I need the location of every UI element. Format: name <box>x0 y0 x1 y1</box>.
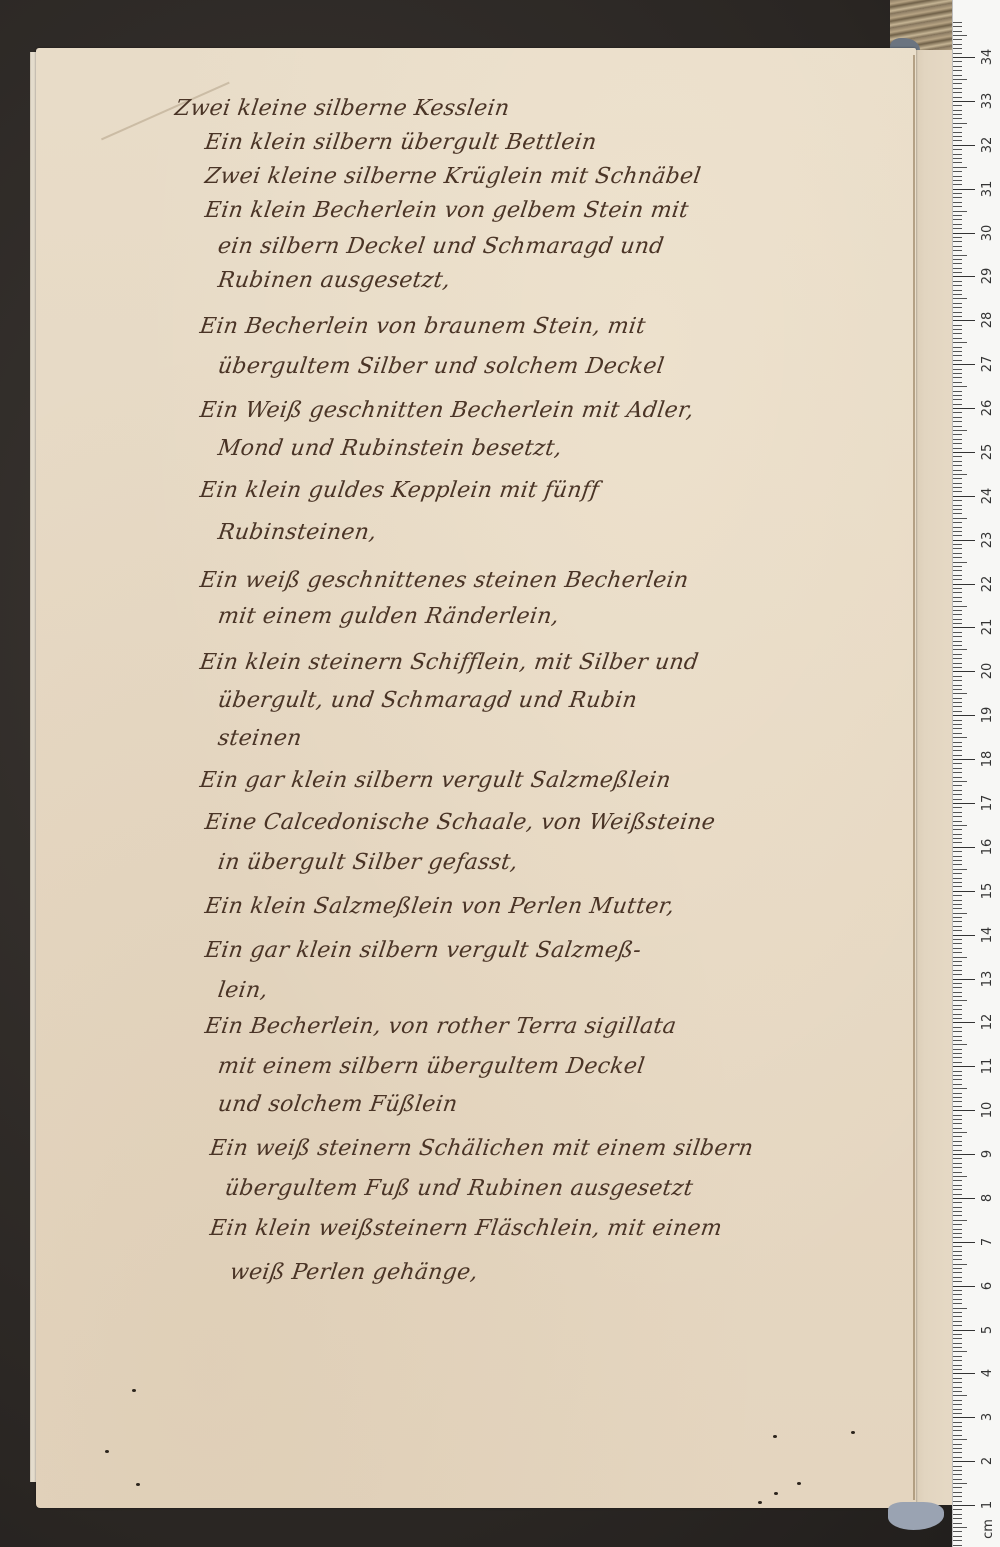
ruler-tick <box>953 509 962 510</box>
ruler-tick <box>953 1136 962 1137</box>
ruler-tick <box>953 140 962 141</box>
manuscript-line: Ein gar klein silbern vergult Salzmeß- <box>203 938 643 963</box>
manuscript-line: ein silbern Deckel und Schmaragd und <box>216 234 665 259</box>
ruler-tick <box>953 943 962 944</box>
ruler-tick <box>953 592 962 593</box>
ruler-tick <box>953 1198 975 1199</box>
ruler-number: 32 <box>977 134 999 156</box>
ruler-tick <box>953 228 962 229</box>
ruler-number: 17 <box>977 792 999 814</box>
ruler-tick <box>953 39 962 40</box>
manuscript-line: Ein klein Salzmeßlein von Perlen Mutter, <box>203 894 676 919</box>
ruler-tick <box>953 698 962 699</box>
ruler-number: 33 <box>977 90 999 112</box>
ruler-tick <box>953 847 975 848</box>
ruler-tick <box>953 570 962 571</box>
ruler-tick <box>953 1321 962 1322</box>
ruler-tick <box>953 1233 962 1234</box>
ruler-tick <box>953 44 962 45</box>
ruler-tick <box>953 382 962 383</box>
ruler-tick <box>953 1053 962 1054</box>
ruler-tick <box>953 663 962 664</box>
ruler-tick <box>953 1435 962 1436</box>
ruler-tick <box>953 755 962 756</box>
ruler-tick <box>953 1049 962 1050</box>
ruler-tick <box>953 1518 962 1519</box>
ruler-tick <box>953 1373 975 1374</box>
ruler-tick <box>953 325 962 326</box>
ruler-tick <box>953 1268 962 1269</box>
ruler-tick <box>953 522 962 523</box>
ruler-tick <box>953 1452 962 1453</box>
ruler-tick <box>953 1514 962 1515</box>
ruler-tick <box>953 965 962 966</box>
ruler-tick <box>953 658 962 659</box>
ruler-tick <box>953 1347 962 1348</box>
ruler-tick <box>953 979 975 980</box>
ruler-tick <box>953 110 962 111</box>
ruler-tick <box>953 298 967 299</box>
ruler-tick <box>953 1382 962 1383</box>
ruler-tick <box>953 1531 962 1532</box>
ruler-tick <box>953 821 962 822</box>
manuscript-line: Ein gar klein silbern vergult Salzmeßlei… <box>198 768 672 793</box>
ruler-number: 15 <box>977 880 999 902</box>
manuscript-line: Ein klein guldes Kepplein mit fünff <box>198 478 600 503</box>
ruler-tick <box>953 408 975 409</box>
ruler-tick <box>953 285 962 286</box>
ruler-tick <box>953 812 962 813</box>
ruler-tick <box>953 333 962 334</box>
ink-speck <box>758 1501 762 1504</box>
ruler-tick <box>953 935 975 936</box>
ruler-tick <box>953 241 962 242</box>
manuscript-line: Ein klein steinern Schifflein, mit Silbe… <box>198 650 700 675</box>
ruler-number: 6 <box>977 1275 999 1297</box>
ruler-tick <box>953 882 962 883</box>
manuscript-line: übergultem Silber und solchem Deckel <box>216 354 666 379</box>
ruler-tick <box>953 158 962 159</box>
ruler-tick <box>953 377 962 378</box>
ruler-tick <box>953 303 962 304</box>
ruler-tick <box>953 219 962 220</box>
ruler-tick <box>953 513 962 514</box>
ruler-tick <box>953 237 962 238</box>
ruler-tick <box>953 1084 962 1085</box>
ruler-number: 23 <box>977 529 999 551</box>
ruler-tick <box>953 759 975 760</box>
ruler-tick <box>953 1044 967 1045</box>
ruler-number: 2 <box>977 1450 999 1472</box>
ruler-tick <box>953 22 962 23</box>
ruler-tick <box>953 452 975 453</box>
ruler-number: 25 <box>977 441 999 463</box>
ruler-tick <box>953 487 962 488</box>
ruler-tick <box>953 1430 962 1431</box>
ruler-tick <box>953 189 975 190</box>
ruler-tick <box>953 233 975 234</box>
ruler-tick <box>953 711 962 712</box>
ruler-tick <box>953 1369 962 1370</box>
manuscript-line: Zwei kleine silberne Kesslein <box>173 96 511 121</box>
ruler-tick <box>953 895 962 896</box>
ruler-tick <box>953 693 967 694</box>
ruler-tick <box>953 1093 962 1094</box>
manuscript-line: Rubinsteinen, <box>216 520 378 545</box>
ruler-tick <box>953 88 962 89</box>
ruler-tick <box>953 70 962 71</box>
ruler-tick <box>953 404 962 405</box>
ruler-tick <box>953 676 962 677</box>
ruler-tick <box>953 614 962 615</box>
ruler-tick <box>953 426 962 427</box>
ruler-tick <box>953 417 962 418</box>
ink-speck <box>797 1482 801 1485</box>
ruler-tick <box>953 478 962 479</box>
ruler-tick <box>953 768 962 769</box>
ruler-tick <box>953 1330 975 1331</box>
ruler-tick <box>953 535 962 536</box>
ruler-tick <box>953 443 962 444</box>
ruler-tick <box>953 904 962 905</box>
ruler-tick <box>953 149 962 150</box>
ruler-tick <box>953 127 962 128</box>
ruler-tick <box>953 829 962 830</box>
ruler-tick <box>953 373 962 374</box>
ruler-tick <box>953 448 962 449</box>
ruler-tick <box>953 961 962 962</box>
ruler-tick <box>953 1071 962 1072</box>
ink-speck <box>773 1435 777 1438</box>
ruler-tick <box>953 1281 962 1282</box>
manuscript-line: in übergult Silber gefasst, <box>216 850 519 875</box>
ruler-tick <box>953 654 962 655</box>
ruler-tick <box>953 623 962 624</box>
ruler-tick <box>953 1194 962 1195</box>
ruler-tick <box>953 272 962 273</box>
ruler-tick <box>953 860 962 861</box>
ruler-number: 14 <box>977 924 999 946</box>
ruler-tick <box>953 1141 962 1142</box>
ruler-tick <box>953 294 962 295</box>
manuscript-line: übergult, und Schmaragd und Rubin <box>216 688 638 713</box>
ruler-tick <box>953 1207 962 1208</box>
ruler-tick <box>953 750 962 751</box>
ruler-number: 1 <box>977 1494 999 1516</box>
ink-speck <box>105 1450 109 1453</box>
manuscript-line: Rubinen ausgesetzt, <box>216 268 452 293</box>
ruler-tick <box>953 737 967 738</box>
ruler-tick <box>953 1474 962 1475</box>
ruler-tick <box>953 456 962 457</box>
ruler-tick <box>953 1119 962 1120</box>
ruler-tick <box>953 386 967 387</box>
ruler-tick <box>953 461 962 462</box>
ruler-tick <box>953 430 967 431</box>
ruler-tick <box>953 491 962 492</box>
ruler-number: 26 <box>977 397 999 419</box>
ruler-tick <box>953 347 962 348</box>
ruler-tick <box>953 26 962 27</box>
manuscript-line: Eine Calcedonische Schaale, von Weißstei… <box>203 810 717 835</box>
ruler-tick <box>953 132 962 133</box>
ruler-tick <box>953 1022 975 1023</box>
ruler-tick <box>953 1501 962 1502</box>
manuscript-line: weiß Perlen gehänge, <box>228 1260 479 1285</box>
ruler-tick <box>953 1101 962 1102</box>
ruler-tick <box>953 57 975 58</box>
ruler-tick <box>953 79 967 80</box>
ruler-tick <box>953 338 962 339</box>
ruler-number: 27 <box>977 353 999 375</box>
ruler-tick <box>953 1391 962 1392</box>
ruler-tick <box>953 215 962 216</box>
ruler-number: 18 <box>977 748 999 770</box>
ruler-tick <box>953 1062 962 1063</box>
ruler-tick <box>953 1220 967 1221</box>
ruler-tick <box>953 162 962 163</box>
ink-speck <box>774 1492 778 1495</box>
ruler-tick <box>953 864 962 865</box>
manuscript-line: Ein Becherlein, von rother Terra sigilla… <box>203 1014 678 1039</box>
ruler-tick <box>953 1360 962 1361</box>
ruler-tick <box>953 1211 962 1212</box>
ruler-tick <box>953 1106 962 1107</box>
ruler-tick <box>953 1536 962 1537</box>
manuscript-line: Zwei kleine silberne Krüglein mit Schnäb… <box>203 164 702 189</box>
ruler-tick <box>953 1400 962 1401</box>
ruler-tick <box>953 913 967 914</box>
ruler-tick <box>953 1422 962 1423</box>
ruler-tick <box>953 597 962 598</box>
ruler-tick <box>953 588 962 589</box>
ruler-tick <box>953 575 962 576</box>
manuscript-line: Ein klein Becherlein von gelbem Stein mi… <box>203 198 690 223</box>
ruler-tick <box>953 992 962 993</box>
ruler-tick <box>953 1286 975 1287</box>
ruler-tick <box>953 557 962 558</box>
ink-speck <box>136 1483 140 1486</box>
ruler-number: 9 <box>977 1143 999 1165</box>
ruler-tick <box>953 1018 962 1019</box>
ruler-tick <box>953 1356 962 1357</box>
ruler-tick <box>953 632 962 633</box>
ruler-tick <box>953 1303 962 1304</box>
ruler-tick <box>953 97 962 98</box>
ruler-tick <box>953 1172 962 1173</box>
ruler-tick <box>953 1545 962 1546</box>
ruler-tick <box>953 364 975 365</box>
ruler-tick <box>953 1505 975 1506</box>
ruler-tick <box>953 474 967 475</box>
ruler-tick <box>953 1246 962 1247</box>
ruler-tick <box>953 685 962 686</box>
manuscript-line: Ein klein weißsteinern Fläschlein, mit e… <box>208 1216 723 1241</box>
ruler-tick <box>953 1259 962 1260</box>
ruler-tick <box>953 1470 962 1471</box>
ruler-tick <box>953 312 962 313</box>
ruler-tick <box>953 1343 962 1344</box>
ruler-tick <box>953 1202 962 1203</box>
ruler-tick <box>953 202 962 203</box>
ruler-tick <box>953 1387 962 1388</box>
ruler-tick <box>953 1154 975 1155</box>
ruler-tick <box>953 263 962 264</box>
ink-speck <box>132 1389 136 1392</box>
ruler-tick <box>953 1272 962 1273</box>
ruler-tick <box>953 136 962 137</box>
ruler-tick <box>953 816 962 817</box>
ruler-tick <box>953 790 962 791</box>
ruler-number: 4 <box>977 1362 999 1384</box>
ruler-tick <box>953 619 962 620</box>
ruler-tick <box>953 540 975 541</box>
ruler-tick <box>953 114 962 115</box>
ruler-tick <box>953 733 962 734</box>
ruler-tick <box>953 544 962 545</box>
ruler-tick <box>953 1158 962 1159</box>
ruler-tick <box>953 1027 962 1028</box>
ruler-tick <box>953 1057 962 1058</box>
ruler-tick <box>953 105 962 106</box>
ruler-tick <box>953 48 962 49</box>
ruler-tick <box>953 763 962 764</box>
ruler-tick <box>953 259 962 260</box>
ruler-tick <box>953 61 962 62</box>
ruler-tick <box>953 101 975 102</box>
ruler-tick <box>953 1255 962 1256</box>
ruler-tick <box>953 948 962 949</box>
ruler-tick <box>953 206 962 207</box>
ruler-tick <box>953 584 975 585</box>
ruler-tick <box>953 1487 962 1488</box>
ruler-tick <box>953 1492 962 1493</box>
ruler-tick <box>953 667 962 668</box>
ruler-tick <box>953 803 975 804</box>
ruler-tick <box>953 1128 962 1129</box>
ruler-tick <box>953 1479 962 1480</box>
ruler-tick <box>953 689 962 690</box>
ruler-tick <box>953 869 967 870</box>
ruler-tick <box>953 834 962 835</box>
ruler-tick <box>953 891 975 892</box>
ruler-tick <box>953 983 962 984</box>
ruler-tick <box>953 1277 962 1278</box>
ruler-tick <box>953 1163 962 1164</box>
ruler-tick <box>953 1417 975 1418</box>
ruler-tick <box>953 412 962 413</box>
ruler-tick <box>953 342 967 343</box>
ruler-tick <box>953 1014 962 1015</box>
ruler-tick <box>953 1079 962 1080</box>
ruler-tick <box>953 421 962 422</box>
gutter-line <box>913 55 915 1500</box>
ruler-tick <box>953 351 962 352</box>
ruler-tick <box>953 1075 962 1076</box>
ruler-tick <box>953 680 962 681</box>
ruler-tick <box>953 171 962 172</box>
ruler-tick <box>953 702 962 703</box>
manuscript-line: Ein Becherlein von braunem Stein, mit <box>198 314 647 339</box>
ruler-tick <box>953 434 962 435</box>
ruler-tick <box>953 1409 962 1410</box>
ruler-number: 28 <box>977 309 999 331</box>
manuscript-line: steinen <box>216 726 303 751</box>
ruler-tick <box>953 1088 967 1089</box>
ruler-tick <box>953 641 962 642</box>
ruler-tick <box>953 1242 975 1243</box>
ruler-tick <box>953 606 967 607</box>
ruler-tick <box>953 500 962 501</box>
ruler-tick <box>953 781 967 782</box>
ruler-number: 10 <box>977 1099 999 1121</box>
ruler-tick <box>953 562 967 563</box>
ruler-tick <box>953 842 962 843</box>
ruler-tick <box>953 281 962 282</box>
ruler-number: 29 <box>977 265 999 287</box>
ruler-tick <box>953 496 975 497</box>
ruler-tick <box>953 566 962 567</box>
ruler-tick <box>953 1312 962 1313</box>
ruler-tick <box>953 579 962 580</box>
ruler-tick <box>953 1496 962 1497</box>
ruler-tick <box>953 224 962 225</box>
ruler-tick <box>953 996 962 997</box>
ruler-tick <box>953 1189 962 1190</box>
ruler-tick <box>953 886 962 887</box>
ruler-tick <box>953 1150 962 1151</box>
ruler-number: 12 <box>977 1011 999 1033</box>
ruler-tick <box>953 307 962 308</box>
ruler-number: 22 <box>977 573 999 595</box>
ruler-number: 5 <box>977 1319 999 1341</box>
ruler-tick <box>953 395 962 396</box>
ruler-tick <box>953 1316 962 1317</box>
manuscript-line: übergultem Fuß und Rubinen ausgesetzt <box>223 1176 694 1201</box>
ruler-tick <box>953 1215 962 1216</box>
ruler-tick <box>953 246 962 247</box>
ruler-tick <box>953 276 975 277</box>
ruler-tick <box>953 1176 967 1177</box>
ruler-tick <box>953 1290 962 1291</box>
ruler-tick <box>953 1461 975 1462</box>
ruler-tick <box>953 1523 962 1524</box>
ruler-tick <box>953 724 962 725</box>
ruler-tick <box>953 1180 962 1181</box>
ruler-tick <box>953 1426 962 1427</box>
ruler-tick <box>953 878 962 879</box>
ruler-tick <box>953 1185 962 1186</box>
ruler-tick <box>953 807 962 808</box>
manuscript-line: und solchem Füßlein <box>216 1092 459 1117</box>
ruler-tick <box>953 83 962 84</box>
ruler-tick <box>953 1040 962 1041</box>
ruler-tick <box>953 939 962 940</box>
measurement-ruler: cm 3433323130292827262524232221201918171… <box>952 0 1000 1547</box>
facing-page-edge <box>912 50 954 1505</box>
ruler-tick <box>953 1097 962 1098</box>
ruler-tick <box>953 742 962 743</box>
ruler-tick <box>953 856 962 857</box>
ruler-tick <box>953 974 962 975</box>
ruler-tick <box>953 518 967 519</box>
ruler-tick <box>953 1483 967 1484</box>
ruler-tick <box>953 1448 962 1449</box>
ruler-tick <box>953 66 962 67</box>
manuscript-line: mit einem silbern übergultem Deckel <box>216 1054 646 1079</box>
ruler-tick <box>953 873 962 874</box>
ruler-number: 11 <box>977 1055 999 1077</box>
